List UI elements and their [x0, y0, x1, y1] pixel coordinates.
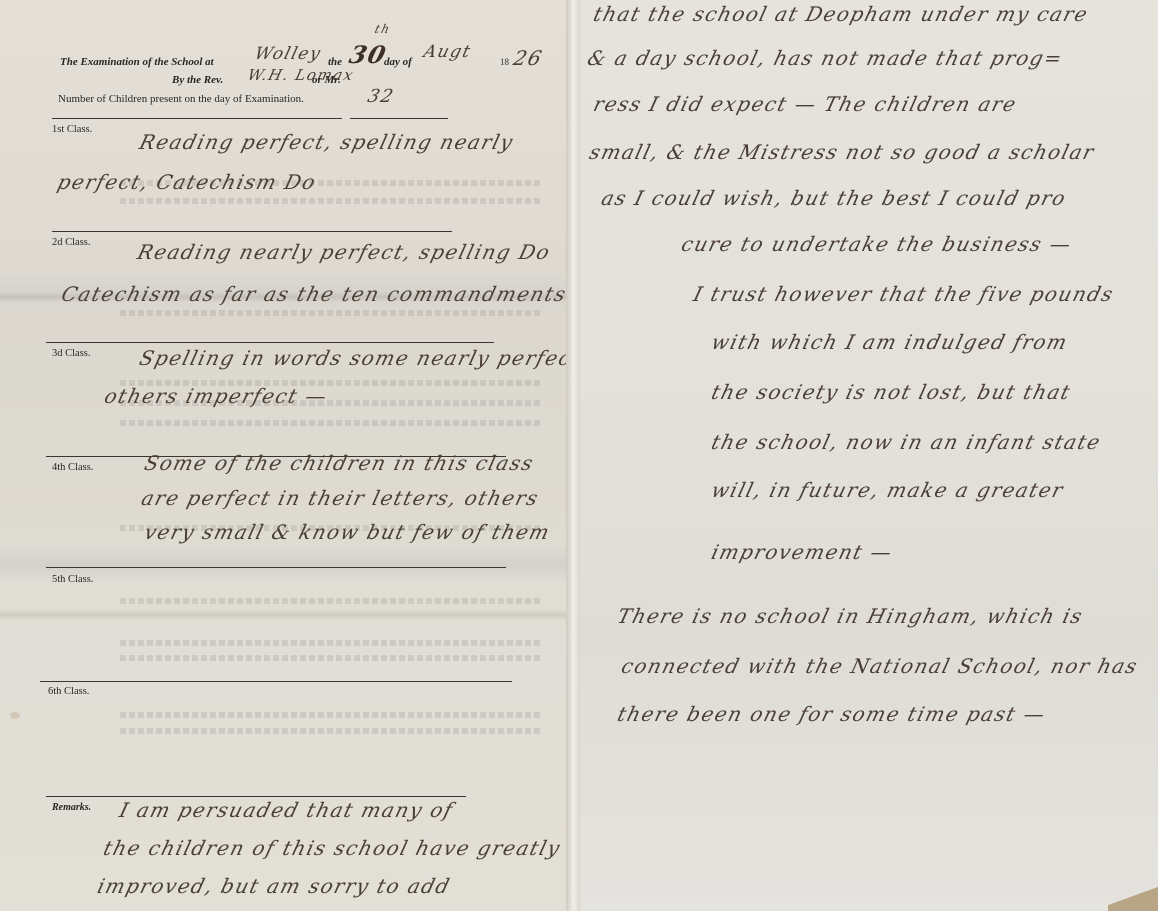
letter-line-14: connected with the National School, nor …	[619, 654, 1141, 678]
rule	[46, 796, 466, 797]
letter-line-7: I trust however that the five pounds	[691, 282, 1117, 306]
horizontal-fold	[0, 610, 572, 620]
letter-line-11: will, in future, make a greater	[709, 478, 1066, 502]
class-1-line-2: perfect, Catechism Do	[55, 170, 319, 194]
children-present-count: 32	[365, 86, 396, 107]
by-the-rev-label: By the Rev.	[172, 74, 223, 86]
showthrough-text	[120, 655, 540, 661]
day-of-label: day of	[384, 56, 412, 68]
showthrough-text	[120, 598, 540, 604]
showthrough-text	[120, 420, 540, 426]
rule	[46, 342, 494, 343]
letter-line-6: cure to undertake the business —	[679, 232, 1075, 256]
left-page: The Examination of the School at Wolley …	[0, 0, 572, 911]
exam-month: Augt	[422, 42, 474, 62]
school-place: Wolley	[253, 44, 324, 64]
rule	[52, 231, 452, 232]
year-suffix: 26	[511, 46, 545, 70]
examination-label: The Examination of the School at	[60, 56, 214, 68]
remarks-label: Remarks.	[52, 802, 91, 813]
letter-line-12: improvement —	[709, 540, 895, 564]
folded-corner	[1108, 881, 1158, 911]
class-label-3: 3d Class.	[52, 348, 91, 359]
letter-line-9: the society is not lost, but that	[709, 380, 1074, 404]
class-label-4: 4th Class.	[52, 462, 93, 473]
class-1-line-1: Reading perfect, spelling nearly	[137, 130, 516, 154]
letter-line-10: the school, now in an infant state	[709, 430, 1104, 454]
right-page: that the school at Deopham under my care…	[572, 0, 1158, 911]
class-4-line-1: Some of the children in this class	[142, 451, 537, 475]
showthrough-text	[120, 640, 540, 646]
rule	[40, 681, 512, 682]
exam-day-suffix: th	[373, 22, 392, 36]
class-2-line-1: Reading nearly perfect, spelling Do	[135, 240, 553, 264]
class-label-5: 5th Class.	[52, 574, 93, 585]
or-mr-label: or Mr.	[312, 74, 341, 86]
remarks-line-3: improved, but am sorry to add	[95, 874, 453, 898]
letter-line-2: & a day school, has not made that prog=	[585, 46, 1066, 70]
showthrough-text	[120, 712, 540, 718]
showthrough-text	[120, 198, 540, 204]
showthrough-text	[120, 728, 540, 734]
letter-line-15: there been one for some time past —	[615, 702, 1049, 726]
letter-line-4: small, & the Mistress not so good a scho…	[587, 140, 1097, 164]
year-prefix: 18	[500, 57, 509, 67]
letter-line-5: as I could wish, but the best I could pr…	[599, 186, 1069, 210]
showthrough-text	[120, 310, 540, 316]
class-4-line-2: are perfect in their letters, others	[139, 486, 542, 510]
rule	[52, 118, 342, 119]
letter-line-3: ress I did expect — The children are	[591, 92, 1020, 116]
children-present-label: Number of Children present on the day of…	[58, 93, 304, 105]
ink-stain	[10, 712, 20, 719]
remarks-line-1: I am persuaded that many of	[117, 798, 456, 822]
vertical-fold	[566, 0, 580, 911]
rule	[46, 567, 506, 568]
letter-line-8: with which I am indulged from	[709, 330, 1071, 354]
class-3-line-2: others imperfect —	[102, 384, 330, 408]
class-label-6: 6th Class.	[48, 686, 89, 697]
rule	[350, 118, 448, 119]
class-2-line-2: Catechism as far as the ten commandments…	[59, 282, 572, 306]
class-label-1: 1st Class.	[52, 124, 92, 135]
letter-line-1: that the school at Deopham under my care	[591, 2, 1091, 26]
class-label-2: 2d Class.	[52, 237, 91, 248]
class-3-line-1: Spelling in words some nearly perfect	[137, 346, 572, 370]
letter-line-13: There is no school in Hingham, which is	[615, 604, 1086, 628]
class-4-line-3: very small & know but few of them	[142, 520, 553, 544]
remarks-line-2: the children of this school have greatly	[101, 836, 563, 860]
